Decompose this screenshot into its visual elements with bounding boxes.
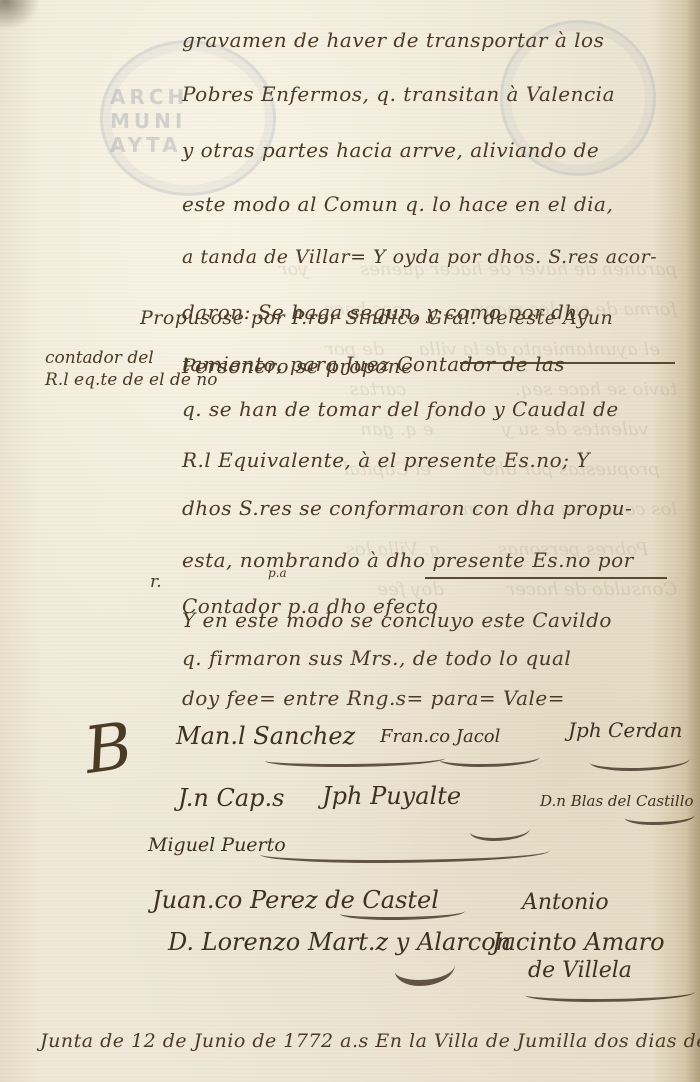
rubric-initial: B bbox=[80, 709, 137, 789]
signature: J.n Cap.s bbox=[178, 784, 284, 812]
proposal-line: esta, nombrando à dho presente Es.no por bbox=[182, 548, 634, 572]
proposal-line: dhos S.res se conformaron con dha propu- bbox=[182, 496, 632, 520]
closing-line: q. firmaron sus Mrs., de todo lo qual bbox=[182, 646, 571, 670]
signature: Jacinto Amaro bbox=[492, 928, 665, 956]
signature: Jph Cerdan bbox=[568, 718, 682, 742]
margin-note-line-1: contador del bbox=[45, 348, 154, 368]
margin-note-line-2: R.l eq.te de el de no bbox=[45, 370, 217, 390]
body-line: y otras partes hacia arrve, aliviando de bbox=[182, 138, 599, 162]
signature: D. Lorenzo Mart.z y Alarcon bbox=[168, 928, 511, 956]
closing-line: doy fee= entre Rng.s= para= Vale= bbox=[182, 686, 565, 710]
proposal-line: Propusose por P.ror Sindico Gral. de est… bbox=[140, 307, 613, 329]
signature: Antonio bbox=[522, 890, 609, 915]
proposal-line: tamiento, para Juez Contador de las bbox=[182, 352, 565, 376]
body-line: gravamen de haver de transportar à los bbox=[182, 28, 604, 52]
signature: Jph Puyalte bbox=[322, 782, 461, 810]
margin-mark: r. bbox=[150, 572, 162, 592]
body-line: Pobres Enfermos, q. transitan à Valencia bbox=[182, 82, 615, 106]
proposal-line: q. se han de tomar del fondo y Caudal de bbox=[182, 397, 619, 421]
manuscript-page: ARCHMUNIAYTA paranen de haver de hacer q… bbox=[0, 0, 700, 1082]
closing-line: Y en este modo se concluyo este Cavildo bbox=[182, 608, 612, 632]
proposal-line: R.l Equivalente, à el presente Es.no; Y bbox=[182, 448, 590, 472]
corner-stain bbox=[0, 0, 40, 30]
interlinear-insert: p.a bbox=[268, 566, 287, 580]
signature: de Villela bbox=[528, 958, 632, 983]
body-line: a tanda de Villar= Y oyda por dhos. S.re… bbox=[182, 246, 657, 268]
body-line: este modo al Comun q. lo hace en el dia, bbox=[182, 192, 613, 216]
line-filler-rule bbox=[425, 577, 667, 579]
footer-line: Junta de 12 de Junio de 1772 a.s En la V… bbox=[40, 1030, 700, 1052]
signature: Man.l Sanchez bbox=[176, 722, 355, 750]
signature: Fran.co Jacol bbox=[380, 726, 500, 747]
